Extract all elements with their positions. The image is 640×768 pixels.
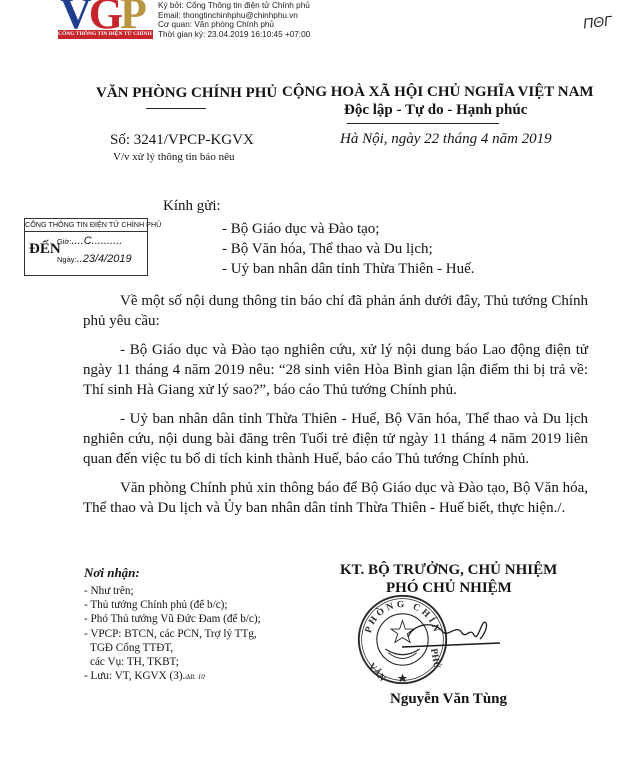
distribution-item: các Vụ: TH, TKBT; bbox=[84, 655, 261, 669]
stamp-title: CỔNG THÔNG TIN ĐIỆN TỬ CHÍNH PHỦ bbox=[25, 219, 147, 232]
motto-underline bbox=[347, 123, 499, 124]
distribution-item: - Phó Thủ tướng Vũ Đức Đam (để b/c); bbox=[84, 612, 261, 626]
national-motto: Độc lập - Tự do - Hạnh phúc bbox=[344, 102, 527, 119]
handwritten-signature-icon bbox=[400, 613, 500, 663]
signed-by: Ký bởi: Cổng Thông tin điện tử Chính phủ bbox=[158, 1, 310, 11]
distribution-item: - VPCP: BTCN, các PCN, Trợ lý TTg, bbox=[84, 627, 261, 641]
national-title: CỘNG HOÀ XÃ HỘI CHỦ NGHĨA VIỆT NAM bbox=[282, 84, 594, 101]
distribution-list: - Như trên; - Thủ tướng Chính phủ (để b/… bbox=[84, 584, 261, 684]
recipient-item: - Uỷ ban nhân dân tỉnh Thừa Thiên - Huế. bbox=[222, 259, 475, 279]
digital-signature-info: Ký bởi: Cổng Thông tin điện tử Chính phủ… bbox=[158, 1, 310, 39]
body-paragraph: Văn phòng Chính phủ xin thông báo để Bộ … bbox=[83, 478, 588, 518]
stamp-time-row: Giờ:....C.......... bbox=[57, 235, 122, 247]
organization-underline bbox=[146, 108, 206, 109]
stamp-time-value: ....C.......... bbox=[72, 235, 123, 247]
document-subject: V/v xử lý thông tin báo nêu bbox=[113, 151, 234, 163]
stamp-date-row: Ngày:..23/4/2019 bbox=[57, 253, 132, 265]
distribution-title: Nơi nhận: bbox=[84, 565, 140, 581]
place-date: Hà Nội, ngày 22 tháng 4 năm 2019 bbox=[340, 131, 552, 148]
distribution-item: - Thủ tướng Chính phủ (để b/c); bbox=[84, 598, 261, 612]
body-paragraph: - Uỷ ban nhân dân tỉnh Thừa Thiên - Huế,… bbox=[83, 409, 588, 469]
body-paragraph: - Bộ Giáo dục và Đào tạo nghiên cứu, xử … bbox=[83, 340, 588, 400]
signing-time: Thời gian ký: 23.04.2019 16:10:45 +07:00 bbox=[158, 30, 310, 40]
vgp-logo-band: CỔNG THÔNG TIN ĐIỆN TỬ CHÍNH PHỦ bbox=[58, 30, 153, 39]
vgp-logo: VGP CỔNG THÔNG TIN ĐIỆN TỬ CHÍNH PHỦ bbox=[58, 0, 153, 40]
distribution-item: TGĐ Cổng TTĐT, bbox=[84, 641, 261, 655]
signer-email: Email: thongtinchinhphu@chinhphu.vn bbox=[158, 11, 310, 21]
issuing-organization: VĂN PHÒNG CHÍNH PHỦ bbox=[96, 85, 277, 102]
document-body: Về một số nội dung thông tin báo chí đã … bbox=[83, 291, 588, 527]
recipient-list: - Bộ Giáo dục và Đào tạo; - Bộ Văn hóa, … bbox=[222, 219, 475, 279]
handwritten-note: ΠΘΓ bbox=[582, 13, 613, 32]
stamp-date-value: ..23/4/2019 bbox=[77, 253, 132, 265]
signer-name: Nguyễn Văn Tùng bbox=[390, 691, 507, 708]
greeting: Kính gửi: bbox=[163, 198, 221, 215]
distribution-item: - Như trên; bbox=[84, 584, 261, 598]
stamp-label: ĐẾN bbox=[29, 241, 61, 258]
received-stamp: CỔNG THÔNG TIN ĐIỆN TỬ CHÍNH PHỦ ĐẾN Giờ… bbox=[24, 218, 148, 276]
handwritten-copy-count: đdt. 10 bbox=[185, 673, 204, 681]
signer-agency: Cơ quan: Văn phòng Chính phủ bbox=[158, 20, 310, 30]
recipient-item: - Bộ Giáo dục và Đào tạo; bbox=[222, 219, 475, 239]
signature-title: KT. BỘ TRƯỞNG, CHỦ NHIỆM bbox=[340, 562, 557, 579]
document-number: Số: 3241/VPCP-KGVX bbox=[110, 132, 254, 149]
stamp-time-label: Giờ: bbox=[57, 237, 72, 246]
stamp-date-label: Ngày: bbox=[57, 255, 77, 264]
body-paragraph: Về một số nội dung thông tin báo chí đã … bbox=[83, 291, 588, 331]
distribution-item-archive: - Lưu: VT, KGVX (3).đdt. 10 bbox=[84, 669, 261, 684]
recipient-item: - Bộ Văn hóa, Thể thao và Du lịch; bbox=[222, 239, 475, 259]
